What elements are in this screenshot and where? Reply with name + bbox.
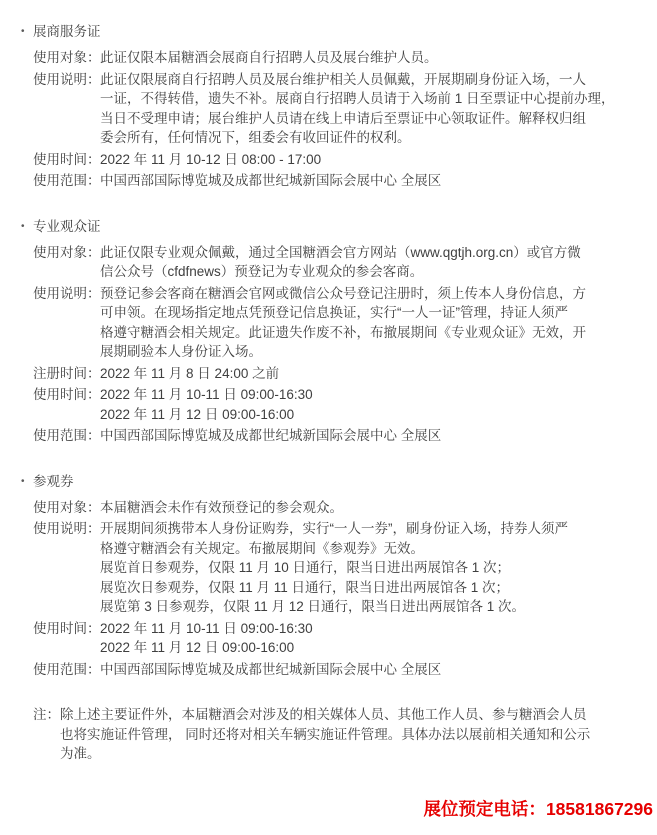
footnote-content: 除上述主要证件外，本届糖酒会对涉及的相关媒体人员、其他工作人员、参与糖酒会人员 … (60, 705, 631, 764)
section-title-row: • 专业观众证 (21, 217, 631, 237)
entry-usage-target: 使用对象： 此证仅限专业观众佩戴，通过全国糖酒会官方网站（www.qgtjh.o… (33, 243, 631, 282)
entry-content: 中国西部国际博览城及成都世纪城新国际会展中心 全展区 (100, 171, 631, 191)
entry-content: 此证仅限专业观众佩戴，通过全国糖酒会官方网站（www.qgtjh.org.cn）… (100, 243, 631, 282)
text-line: 展期刷验本人身份证入场。 (100, 342, 631, 362)
section-title: 展商服务证 (33, 22, 101, 42)
entry-label: 使用说明： (33, 70, 100, 148)
section-title-row: • 参观券 (21, 472, 631, 492)
entry-usage-scope: 使用范围： 中国西部国际博览城及成都世纪城新国际会展中心 全展区 (33, 660, 631, 680)
text-line: 展览次日参观券，仅限 11 月 11 日通行，限当日进出两展馆各 1 次； (100, 578, 631, 598)
entry-label: 使用时间： (33, 619, 100, 658)
entry-content: 中国西部国际博览城及成都世纪城新国际会展中心 全展区 (100, 660, 631, 680)
entry-content: 本届糖酒会未作有效预登记的参会观众。 (100, 498, 631, 518)
entry-usage-time: 使用时间： 2022 年 11 月 10-11 日 09:00-16:30 20… (33, 385, 631, 424)
entry-registration-time: 注册时间： 2022 年 11 月 8 日 24:00 之前 (33, 364, 631, 384)
text-line: 展览第 3 日参观券，仅限 11 月 12 日通行，限当日进出两展馆各 1 次。 (100, 597, 631, 617)
text-line: 信公众号（cfdfnews）预登记为专业观众的参会客商。 (100, 262, 631, 282)
bullet-icon: • (21, 472, 33, 492)
entry-content: 2022 年 11 月 10-12 日 08:00 - 17:00 (100, 150, 631, 170)
text-line: 当日不受理申请；展台维护人员请在线上申请后至票证中心领取证件。解释权归组 (100, 109, 631, 129)
text-line: 中国西部国际博览城及成都世纪城新国际会展中心 全展区 (100, 426, 631, 446)
entry-usage-target: 使用对象： 本届糖酒会未作有效预登记的参会观众。 (33, 498, 631, 518)
text-line: 格遵守糖酒会有关规定。布撤展期间《参观券》无效。 (100, 539, 631, 559)
entry-content: 此证仅限本届糖酒会展商自行招聘人员及展台维护人员。 (100, 48, 631, 68)
section-title: 参观券 (33, 472, 74, 492)
text-line: 除上述主要证件外，本届糖酒会对涉及的相关媒体人员、其他工作人员、参与糖酒会人员 (60, 705, 631, 725)
text-line: 2022 年 11 月 12 日 09:00-16:00 (100, 638, 631, 658)
entry-label: 注册时间： (33, 364, 100, 384)
entry-usage-instructions: 使用说明： 预登记参会客商在糖酒会官网或微信公众号登记注册时，须上传本人身份信息… (33, 284, 631, 362)
entry-usage-scope: 使用范围： 中国西部国际博览城及成都世纪城新国际会展中心 全展区 (33, 426, 631, 446)
entry-content: 预登记参会客商在糖酒会官网或微信公众号登记注册时，须上传本人身份信息，方 可申领… (100, 284, 631, 362)
entry-label: 使用对象： (33, 243, 100, 282)
text-line: 一证，不得转借，遗失不补。展商自行招聘人员请于入场前 1 日至票证中心提前办理， (100, 89, 631, 109)
text-line: 2022 年 11 月 10-11 日 09:00-16:30 (100, 619, 631, 639)
section-title: 专业观众证 (33, 217, 101, 237)
section-visitor-ticket: • 参观券 使用对象： 本届糖酒会未作有效预登记的参会观众。 使用说明： 开展期… (33, 472, 631, 680)
entry-content: 2022 年 11 月 10-11 日 09:00-16:30 2022 年 1… (100, 385, 631, 424)
booth-booking-phone: 展位预定电话：18581867296 (33, 798, 653, 820)
text-line: 委会所有，任何情况下，组委会有收回证件的权利。 (100, 128, 631, 148)
text-line: 中国西部国际博览城及成都世纪城新国际会展中心 全展区 (100, 171, 631, 191)
text-line: 本届糖酒会未作有效预登记的参会观众。 (100, 498, 631, 518)
phone-number: 18581867296 (546, 799, 653, 819)
text-line: 此证仅限本届糖酒会展商自行招聘人员及展台维护人员。 (100, 48, 631, 68)
entry-usage-target: 使用对象： 此证仅限本届糖酒会展商自行招聘人员及展台维护人员。 (33, 48, 631, 68)
entry-label: 使用时间： (33, 150, 100, 170)
entry-usage-time: 使用时间： 2022 年 11 月 10-12 日 08:00 - 17:00 (33, 150, 631, 170)
entry-content: 2022 年 11 月 10-11 日 09:00-16:30 2022 年 1… (100, 619, 631, 658)
section-professional-visitor-badge: • 专业观众证 使用对象： 此证仅限专业观众佩戴，通过全国糖酒会官方网站（www… (33, 217, 631, 446)
phone-label: 展位预定电话： (423, 799, 546, 819)
entry-label: 使用对象： (33, 498, 100, 518)
entry-label: 使用范围： (33, 426, 100, 446)
entry-usage-instructions: 使用说明： 开展期间须携带本人身份证购券，实行“一人一券”，刷身份证入场，持券人… (33, 519, 631, 617)
text-line: 中国西部国际博览城及成都世纪城新国际会展中心 全展区 (100, 660, 631, 680)
entry-usage-time: 使用时间： 2022 年 11 月 10-11 日 09:00-16:30 20… (33, 619, 631, 658)
text-line: 2022 年 11 月 8 日 24:00 之前 (100, 364, 631, 384)
entry-usage-instructions: 使用说明： 此证仅限展商自行招聘人员及展台维护相关人员佩戴，开展期刷身份证入场，… (33, 70, 631, 148)
entry-usage-scope: 使用范围： 中国西部国际博览城及成都世纪城新国际会展中心 全展区 (33, 171, 631, 191)
entry-label: 使用说明： (33, 519, 100, 617)
entry-content: 此证仅限展商自行招聘人员及展台维护相关人员佩戴，开展期刷身份证入场，一人 一证，… (100, 70, 631, 148)
section-exhibitor-service-badge: • 展商服务证 使用对象： 此证仅限本届糖酒会展商自行招聘人员及展台维护人员。 … (33, 22, 631, 191)
footnote: 注： 除上述主要证件外，本届糖酒会对涉及的相关媒体人员、其他工作人员、参与糖酒会… (33, 705, 631, 764)
entry-label: 使用范围： (33, 171, 100, 191)
text-line: 2022 年 11 月 10-12 日 08:00 - 17:00 (100, 150, 631, 170)
entry-label: 使用说明： (33, 284, 100, 362)
text-line: 2022 年 11 月 12 日 09:00-16:00 (100, 405, 631, 425)
text-line: 也将实施证件管理， 同时还将对相关车辆实施证件管理。具体办法以展前相关通知和公示 (60, 725, 631, 745)
badge-info-document: • 展商服务证 使用对象： 此证仅限本届糖酒会展商自行招聘人员及展台维护人员。 … (0, 0, 657, 835)
text-line: 2022 年 11 月 10-11 日 09:00-16:30 (100, 385, 631, 405)
text-line: 可申领。在现场指定地点凭预登记信息换证，实行“一人一证”管理，持证人须严 (100, 303, 631, 323)
entry-label: 使用时间： (33, 385, 100, 424)
bullet-icon: • (21, 217, 33, 237)
text-line: 格遵守糖酒会相关规定。此证遗失作废不补，布撤展期间《专业观众证》无效，开 (100, 323, 631, 343)
text-line: 开展期间须携带本人身份证购券，实行“一人一券”，刷身份证入场，持券人须严 (100, 519, 631, 539)
text-line: 展览首日参观券，仅限 11 月 10 日通行，限当日进出两展馆各 1 次； (100, 558, 631, 578)
bullet-icon: • (21, 22, 33, 42)
footnote-label: 注： (33, 705, 60, 764)
text-line: 此证仅限专业观众佩戴，通过全国糖酒会官方网站（www.qgtjh.org.cn）… (100, 243, 631, 263)
entry-content: 2022 年 11 月 8 日 24:00 之前 (100, 364, 631, 384)
entry-content: 中国西部国际博览城及成都世纪城新国际会展中心 全展区 (100, 426, 631, 446)
text-line: 预登记参会客商在糖酒会官网或微信公众号登记注册时，须上传本人身份信息，方 (100, 284, 631, 304)
text-line: 此证仅限展商自行招聘人员及展台维护相关人员佩戴，开展期刷身份证入场，一人 (100, 70, 631, 90)
entry-label: 使用对象： (33, 48, 100, 68)
entry-content: 开展期间须携带本人身份证购券，实行“一人一券”，刷身份证入场，持券人须严 格遵守… (100, 519, 631, 617)
entry-label: 使用范围： (33, 660, 100, 680)
text-line: 为准。 (60, 744, 631, 764)
section-title-row: • 展商服务证 (21, 22, 631, 42)
